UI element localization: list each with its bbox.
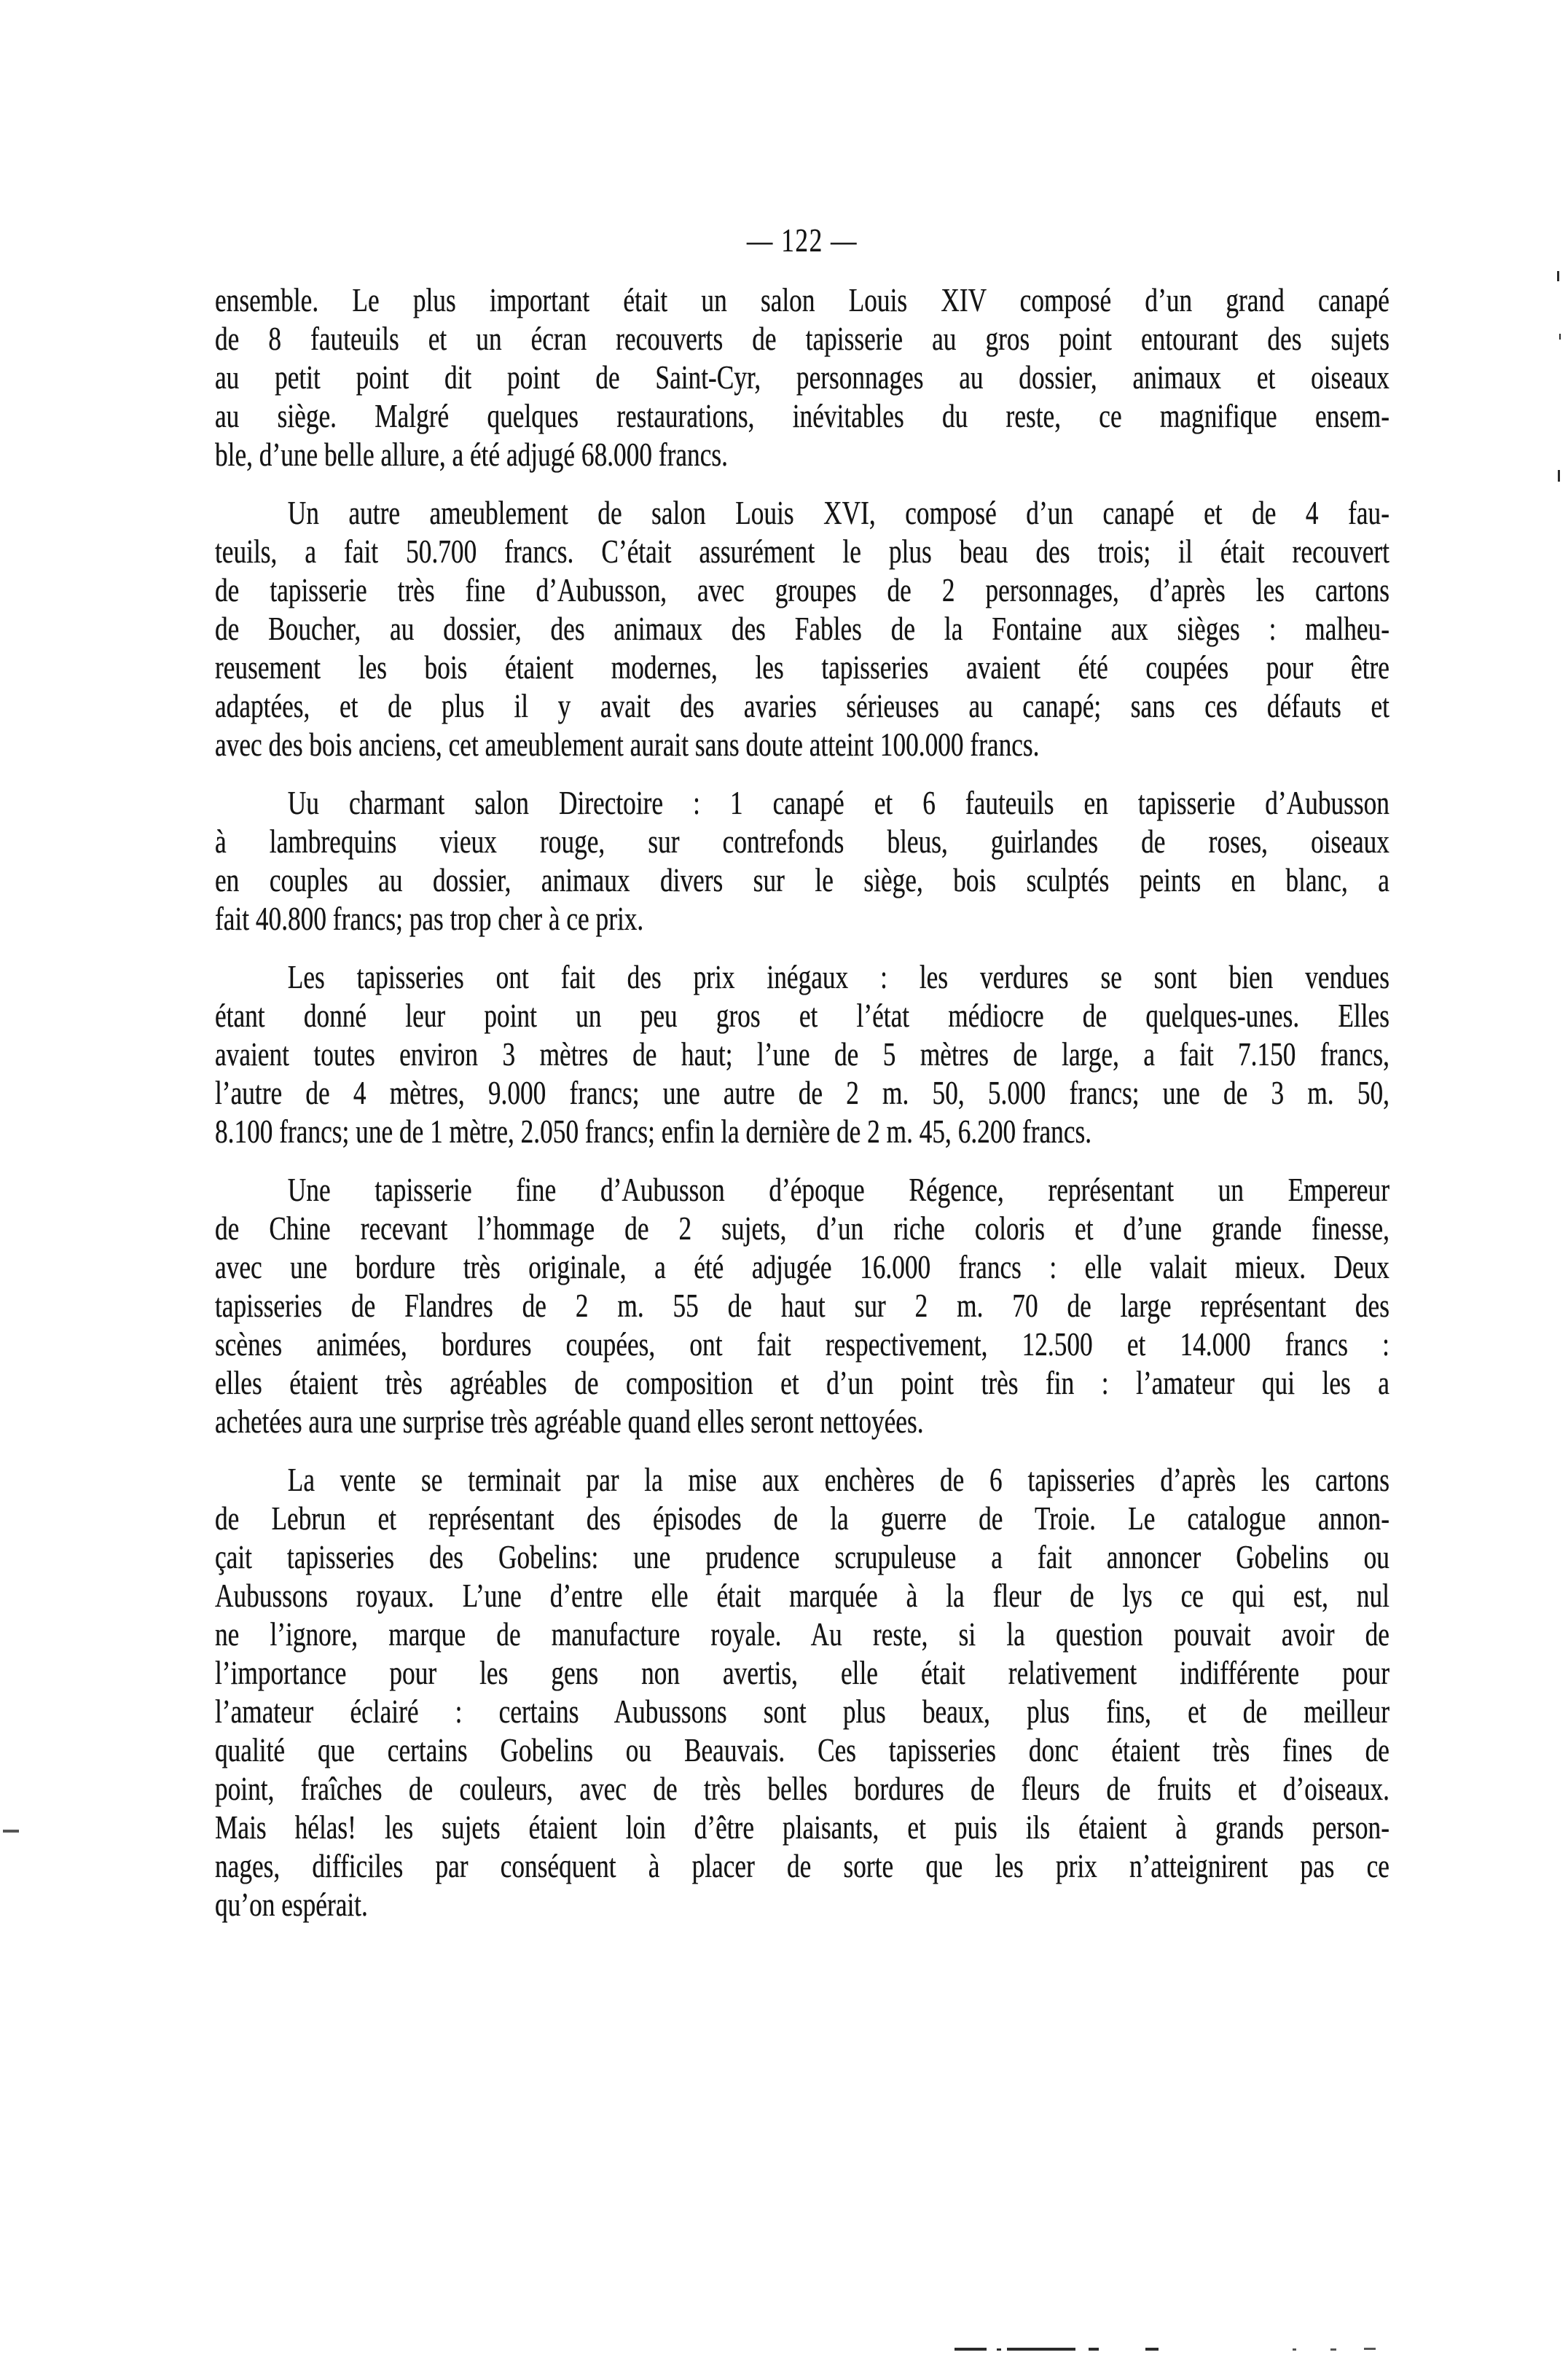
text-line: de Lebrun et représentant des épisodes d… (215, 1499, 1389, 1537)
text-line: avec une bordure très originale, a été a… (215, 1247, 1389, 1286)
text-line: çait tapisseries des Gobelins: une prude… (215, 1537, 1389, 1576)
paragraph: Les tapisseries ont fait des prix inégau… (215, 957, 1389, 1151)
text-line: Aubussons royaux. L’une d’entre elle éta… (215, 1576, 1389, 1615)
text-line: l’importance pour les gens non avertis, … (215, 1653, 1389, 1692)
text-block: ensemble. Le plus important était un sal… (215, 281, 1389, 1924)
text-line: 8.100 francs; une de 1 mètre, 2.050 fran… (215, 1112, 1389, 1151)
scan-artifact-bottom-dash (1145, 2348, 1159, 2351)
page-number-header: — 122 — (215, 219, 1389, 262)
text-line: Les tapisseries ont fait des prix inégau… (215, 957, 1389, 996)
text-line: ne l’ignore, marque de manufacture royal… (215, 1615, 1389, 1653)
text-line: reusement les bois étaient modernes, les… (215, 648, 1389, 686)
text-line: avec des bois anciens, cet ameublement a… (215, 725, 1389, 764)
scan-artifact-bottom-dash (1089, 2348, 1099, 2351)
text-line: en couples au dossier, animaux divers su… (215, 861, 1389, 899)
scan-artifact-right-tick (1559, 334, 1561, 340)
text-line: l’amateur éclairé : certains Aubussons s… (215, 1692, 1389, 1731)
text-line: de 8 fauteuils et un écran recouverts de… (215, 319, 1389, 358)
paragraph: Uu charmant salon Directoire : 1 canapé … (215, 783, 1389, 938)
scan-artifact-left-dash (3, 1830, 19, 1833)
text-line: La vente se terminait par la mise aux en… (215, 1460, 1389, 1499)
scan-artifact-bottom-dash (997, 2348, 1001, 2351)
text-line: Un autre ameublement de salon Louis XVI,… (215, 493, 1389, 532)
paragraph: ensemble. Le plus important était un sal… (215, 281, 1389, 474)
scan-artifact-right-tick (1557, 271, 1559, 281)
text-line: au siège. Malgré quelques restaurations,… (215, 396, 1389, 435)
text-column: — 122 — ensemble. Le plus important étai… (215, 219, 1389, 1924)
text-line: achetées aura une surprise très agréable… (215, 1402, 1389, 1441)
text-line: Mais hélas! les sujets étaient loin d’êt… (215, 1808, 1389, 1846)
text-line: scènes animées, bordures coupées, ont fa… (215, 1325, 1389, 1363)
text-line: Une tapisserie fine d’Aubusson d’époque … (215, 1170, 1389, 1209)
text-line: étant donné leur point un peu gros et l’… (215, 996, 1389, 1035)
text-line: à lambrequins vieux rouge, sur contrefon… (215, 822, 1389, 861)
text-line: elles étaient très agréables de composit… (215, 1363, 1389, 1402)
scan-artifact-bottom-speck (1293, 2348, 1296, 2351)
text-line: l’autre de 4 mètres, 9.000 francs; une a… (215, 1073, 1389, 1112)
text-line: qu’on espérait. (215, 1885, 1389, 1924)
paragraph: Un autre ameublement de salon Louis XVI,… (215, 493, 1389, 764)
text-line: nages, difficiles par conséquent à place… (215, 1846, 1389, 1885)
scanned-book-page: — 122 — ensemble. Le plus important étai… (0, 0, 1568, 2355)
text-line: qualité que certains Gobelins ou Beauvai… (215, 1731, 1389, 1769)
text-line: teuils, a fait 50.700 francs. C’était as… (215, 532, 1389, 571)
text-line: ensemble. Le plus important était un sal… (215, 281, 1389, 319)
scan-artifact-bottom-dash (954, 2348, 987, 2351)
text-line: au petit point dit point de Saint-Cyr, p… (215, 358, 1389, 396)
text-line: point, fraîches de couleurs, avec de trè… (215, 1769, 1389, 1808)
text-line: Uu charmant salon Directoire : 1 canapé … (215, 783, 1389, 822)
paragraph: La vente se terminait par la mise aux en… (215, 1460, 1389, 1924)
text-line: de Boucher, au dossier, des animaux des … (215, 609, 1389, 648)
text-line: adaptées, et de plus il y avait des avar… (215, 686, 1389, 725)
scan-artifact-bottom-speck (1330, 2348, 1336, 2351)
text-line: de Chine recevant l’hommage de 2 sujets,… (215, 1209, 1389, 1247)
text-line: fait 40.800 francs; pas trop cher à ce p… (215, 899, 1389, 938)
text-line: ble, d’une belle allure, a été adjugé 68… (215, 435, 1389, 474)
text-line: tapisseries de Flandres de 2 m. 55 de ha… (215, 1286, 1389, 1325)
scan-artifact-right-tick (1558, 470, 1560, 482)
scan-artifact-bottom-dash (1007, 2348, 1075, 2351)
text-line: avaient toutes environ 3 mètres de haut;… (215, 1035, 1389, 1073)
text-line: de tapisserie très fine d’Aubusson, avec… (215, 571, 1389, 609)
paragraph: Une tapisserie fine d’Aubusson d’époque … (215, 1170, 1389, 1441)
scan-artifact-bottom-speck (1364, 2348, 1376, 2350)
